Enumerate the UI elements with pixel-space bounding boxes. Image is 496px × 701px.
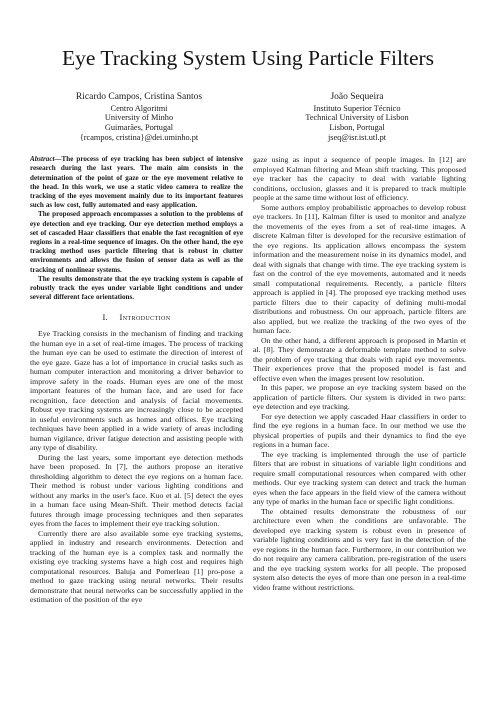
body-paragraph: gaze using as input a sequence of people… <box>253 155 466 203</box>
body-paragraph: Currently there are also available some … <box>30 529 243 605</box>
authors-row: Ricardo Campos, Cristina Santos Centro A… <box>30 92 466 142</box>
abstract-text: The process of eye tracking has been sub… <box>30 155 243 209</box>
left-column: Abstract—The process of eye tracking has… <box>30 155 243 701</box>
body-paragraph: Eye Tracking consists in the mechanism o… <box>30 329 243 453</box>
body-paragraph: The eye tracking is implemented through … <box>253 450 466 507</box>
paper-title: Eye Tracking System Using Particle Filte… <box>30 46 466 71</box>
author-affiliation: Guimarães, Portugal <box>30 123 248 133</box>
section-number: I. <box>102 312 107 322</box>
author-affiliation: Instituto Superior Técnico <box>248 104 466 114</box>
abstract-paragraph: The results demonstrate that the eye tra… <box>30 275 243 303</box>
author-affiliation: University of Minho <box>30 113 248 123</box>
body-paragraph: During the last years, some important ey… <box>30 453 243 529</box>
paper-page: Eye Tracking System Using Particle Filte… <box>0 0 496 701</box>
author-email: jseq@isr.ist.utl.pt <box>248 133 466 143</box>
body-paragraph: In this paper, we propose an eye trackin… <box>253 383 466 412</box>
body-paragraph: Some authors employ probabilistic approa… <box>253 203 466 336</box>
author-block-left: Ricardo Campos, Cristina Santos Centro A… <box>30 92 248 142</box>
section-heading: I.Introduction <box>30 312 243 322</box>
author-affiliation: Centro Algoritmi <box>30 104 248 114</box>
abstract-paragraph: Abstract—The process of eye tracking has… <box>30 155 243 210</box>
author-affiliation: Technical University of Lisbon <box>248 113 466 123</box>
right-column: gaze using as input a sequence of people… <box>253 155 466 701</box>
content-columns: Abstract—The process of eye tracking has… <box>30 155 466 701</box>
author-email: {rcampos, cristina}@dei.uminho.pt <box>30 133 248 143</box>
author-block-right: João Sequeira Instituto Superior Técnico… <box>248 92 466 142</box>
author-names: Ricardo Campos, Cristina Santos <box>30 92 248 103</box>
body-paragraph: For eye detection we apply cascaded Haar… <box>253 412 466 450</box>
section-title: Introduction <box>120 312 171 322</box>
abstract-label: Abstract— <box>30 155 62 163</box>
body-paragraph: The obtained results demonstrate the rob… <box>253 507 466 593</box>
author-affiliation: Lisbon, Portugal <box>248 123 466 133</box>
abstract-paragraph: The proposed approach encompasses a solu… <box>30 210 243 274</box>
body-paragraph: On the other hand, a different approach … <box>253 336 466 384</box>
author-names: João Sequeira <box>248 92 466 103</box>
